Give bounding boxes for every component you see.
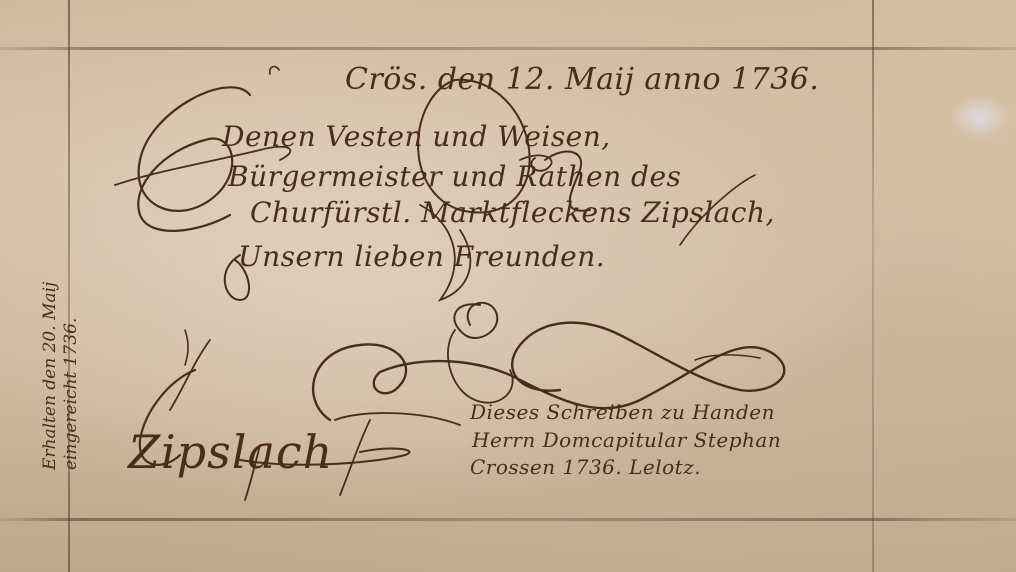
fold-line-top [0, 47, 1016, 50]
margin-note-line-2: eingereicht 1736. [61, 282, 82, 470]
signature: Zipslach [128, 425, 333, 479]
margin-note: Erhalten den 20. Maij eingereicht 1736. [40, 282, 82, 470]
address-line-1: Denen Vesten und Weisen, [222, 120, 611, 153]
fold-line-right [872, 0, 874, 572]
closing-note-line-1: Dieses Schreiben zu Handen [470, 400, 775, 424]
closing-note-line-2: Herrn Domcapitular Stephan [472, 428, 781, 452]
light-reflection [950, 95, 1010, 140]
date-line: Crös. den 12. Maij anno 1736. [345, 62, 819, 97]
address-line-2: Bürgermeister und Rathen des [228, 160, 681, 193]
fold-line-bottom [0, 518, 1016, 521]
margin-note-line-1: Erhalten den 20. Maij [40, 282, 61, 470]
address-line-4: Unsern lieben Freunden. [238, 240, 605, 273]
address-line-3: Churfürstl. Marktfleckens Zipslach, [250, 196, 775, 229]
closing-note-line-3: Crossen 1736. Lelotz. [470, 455, 701, 479]
